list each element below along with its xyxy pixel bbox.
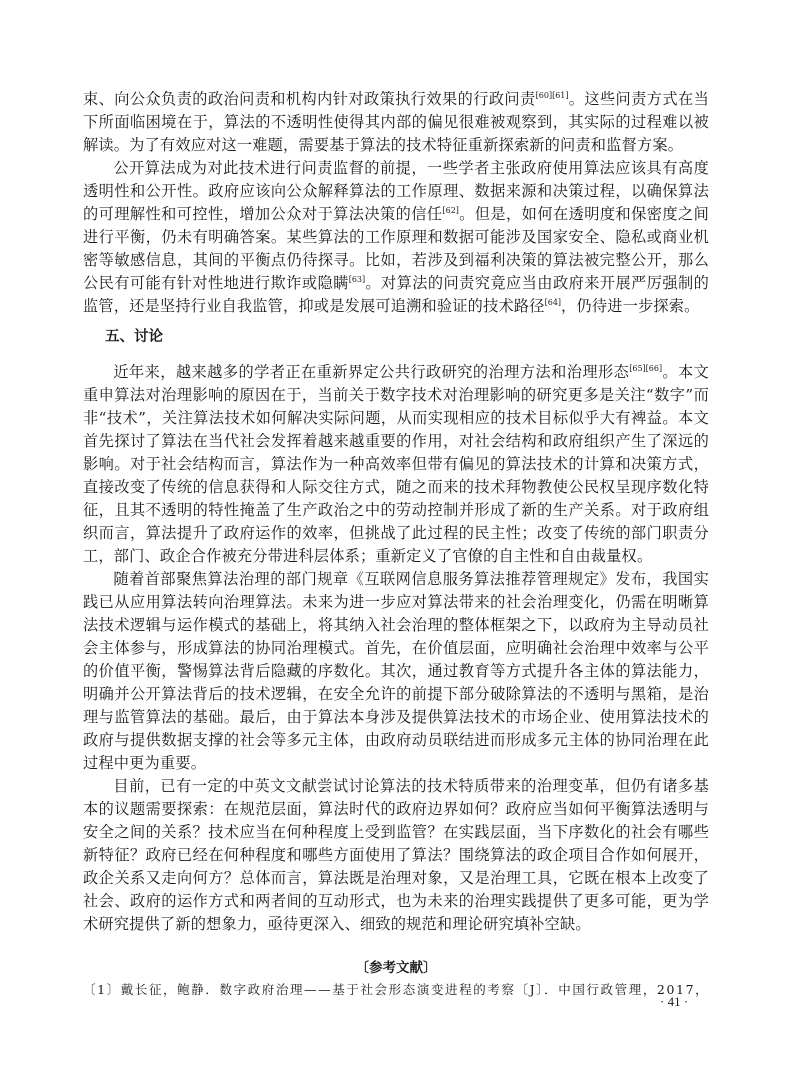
- reference-item: 〔1〕戴长征，鲍静．数字政府治理——基于社会形态演变进程的考察〔J〕．中国行政管…: [83, 980, 709, 1000]
- page-number: · 41 ·: [660, 994, 688, 1010]
- paragraph-text: ，仍待进一步探索。: [561, 297, 700, 315]
- citation-ref: [62]: [443, 206, 459, 215]
- paragraph-future-research: 目前，已有一定的中英文文献尝试讨论算法的技术特质带来的治理变革，但仍有诸多基本的…: [83, 775, 709, 936]
- page-body: 束、向公众负责的政治问责和机构内针对政策执行效果的行政问责[60][61]。这些…: [83, 88, 709, 1000]
- references-heading: 〔参考文献〕: [83, 958, 709, 978]
- paragraph-accountability-continued: 束、向公众负责的政治问责和机构内针对政策执行效果的行政问责[60][61]。这些…: [83, 88, 709, 157]
- citation-ref: [60][61]: [536, 91, 569, 100]
- citation-ref: [65][66]: [629, 364, 662, 373]
- paragraph-text: 近年来，越来越多的学者正在重新界定公共行政研究的治理方法和治理形态: [113, 363, 629, 381]
- paragraph-text: 。本文重申算法对治理影响的原因在于，当前关于数字技术对治理影响的研究更多是关注“…: [83, 363, 709, 565]
- paragraph-algorithm-disclosure: 公开算法成为对此技术进行问责监督的前提，一些学者主张政府使用算法应该具有高度透明…: [83, 157, 709, 318]
- citation-ref: [63]: [349, 275, 365, 284]
- section-heading-discussion: 五、讨论: [83, 326, 709, 349]
- paragraph-governance-recommendations: 随着首部聚焦算法治理的部门规章《互联网信息服务算法推荐管理规定》发布，我国实践已…: [83, 568, 709, 775]
- paragraph-discussion-intro: 近年来，越来越多的学者正在重新界定公共行政研究的治理方法和治理形态[65][66…: [83, 361, 709, 568]
- citation-ref: [64]: [545, 298, 561, 307]
- paragraph-text: 束、向公众负责的政治问责和机构内针对政策执行效果的行政问责: [83, 90, 536, 108]
